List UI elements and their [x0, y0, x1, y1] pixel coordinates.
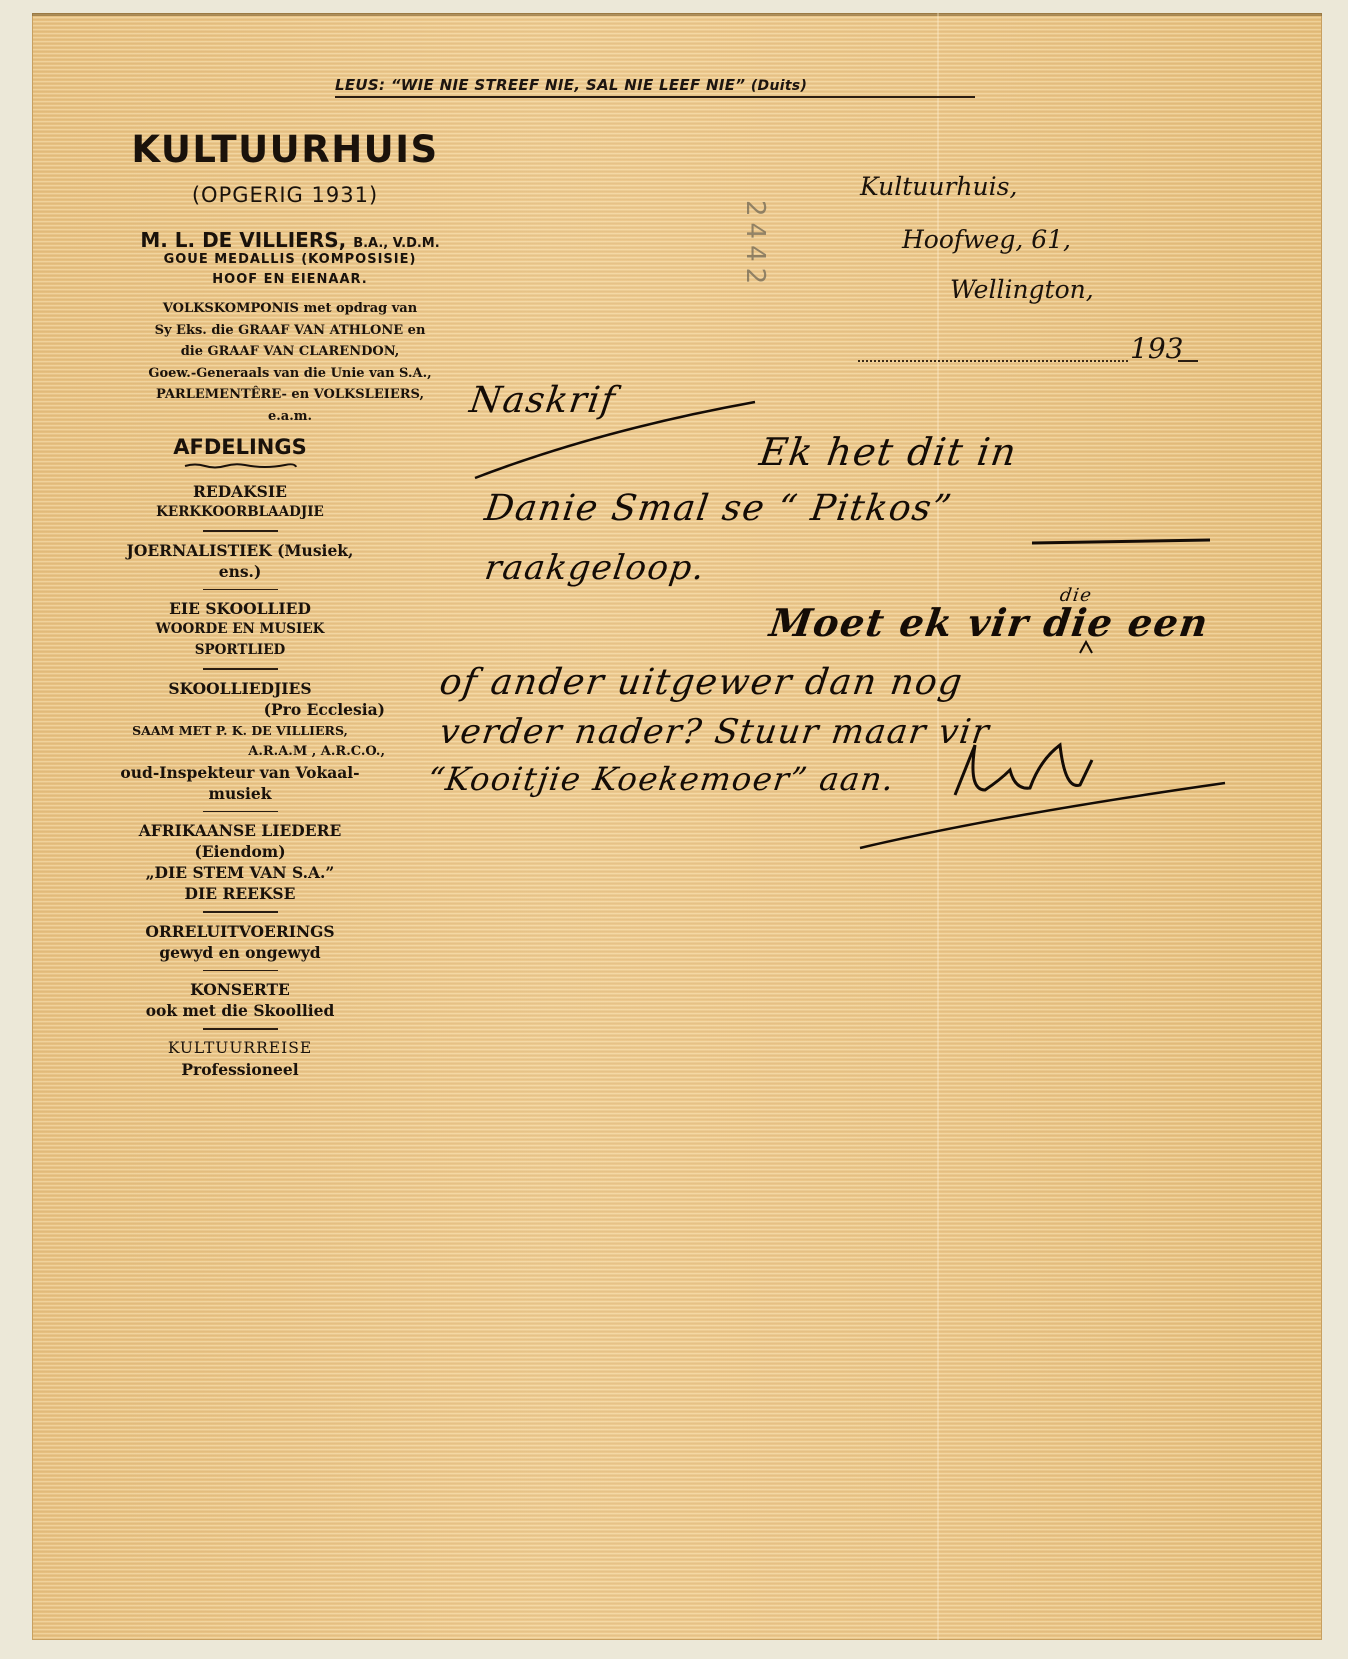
signature-icon [955, 745, 1092, 795]
caret-icon [1080, 642, 1092, 653]
heading-underline [475, 402, 755, 478]
ink-strokes [0, 0, 1348, 1659]
title-underline [1032, 540, 1210, 543]
closing-line [860, 783, 1225, 848]
